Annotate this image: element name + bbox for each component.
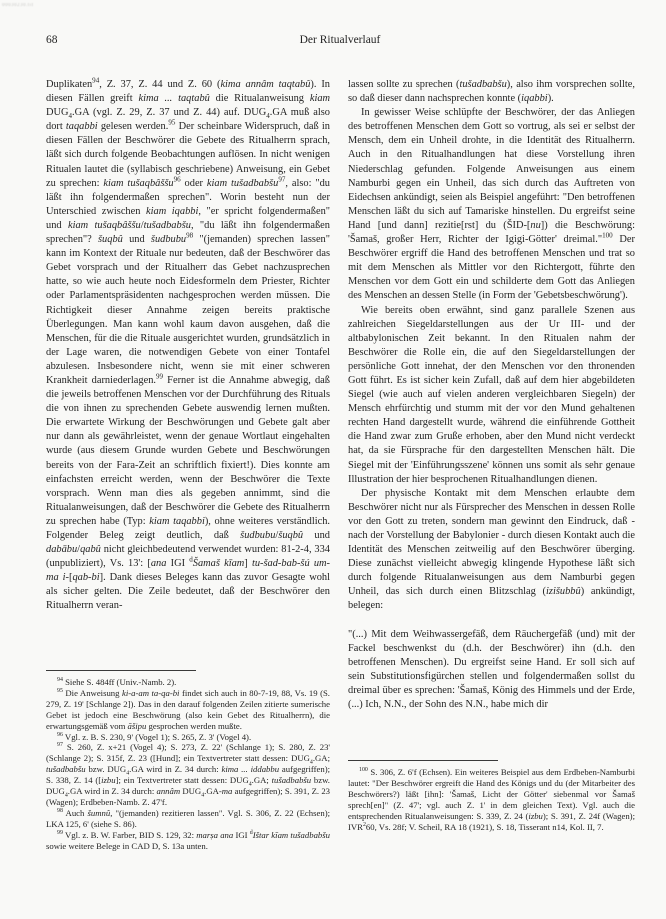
left-column: Duplikaten94, Z. 37, Z. 44 und Z. 60 (ki… xyxy=(46,78,330,614)
footnote-separator xyxy=(46,670,196,671)
footnote-97: 97 S. 260, Z. x+21 (Vogel 4); S. 273, Z.… xyxy=(46,742,330,807)
body-paragraph: lassen sollte zu sprechen (tušadbabšu), … xyxy=(348,78,635,106)
footnote-96: 96 Vgl. z. B. S. 230, 9' (Vogel 1); S. 2… xyxy=(46,732,330,743)
quote-paragraph: "(...) Mit dem Weihwassergefäß, dem Räuc… xyxy=(348,628,635,713)
footnote-95: 95 Die Anweisung ki-a-am ta-qa-bi findet… xyxy=(46,688,330,732)
left-footnotes: 94 Siehe S. 484ff (Univ.-Namb. 2). 95 Di… xyxy=(46,670,330,852)
running-title: Der Ritualverlauf xyxy=(46,34,634,46)
footnote-94: 94 Siehe S. 484ff (Univ.-Namb. 2). xyxy=(46,677,330,688)
footnote-98: 98 Auch šumnû, "(jemanden) rezitieren la… xyxy=(46,808,330,830)
footnote-100: 100 S. 306, Z. 6'f (Echsen). Ein weitere… xyxy=(348,767,635,832)
book-page: 00030230.tif 68 Der Ritualverlauf Duplik… xyxy=(0,0,666,919)
footnote-99: 99 Vgl. z. B. W. Farber, BID S. 129, 32:… xyxy=(46,830,330,852)
page-header: 68 Der Ritualverlauf xyxy=(46,34,634,50)
footnote-separator xyxy=(348,760,498,761)
right-footnotes: 100 S. 306, Z. 6'f (Echsen). Ein weitere… xyxy=(348,760,635,832)
body-paragraph: Wie bereits oben erwähnt, sind ganz para… xyxy=(348,304,635,487)
scan-artifact-text: 00030230.tif xyxy=(2,3,34,8)
body-paragraph: Duplikaten94, Z. 37, Z. 44 und Z. 60 (ki… xyxy=(46,78,330,614)
body-paragraph: Der physische Kontakt mit dem Menschen e… xyxy=(348,487,635,614)
right-column: lassen sollte zu sprechen (tušadbabšu), … xyxy=(348,78,635,712)
body-paragraph: In gewisser Weise schlüpfte der Beschwör… xyxy=(348,106,635,303)
